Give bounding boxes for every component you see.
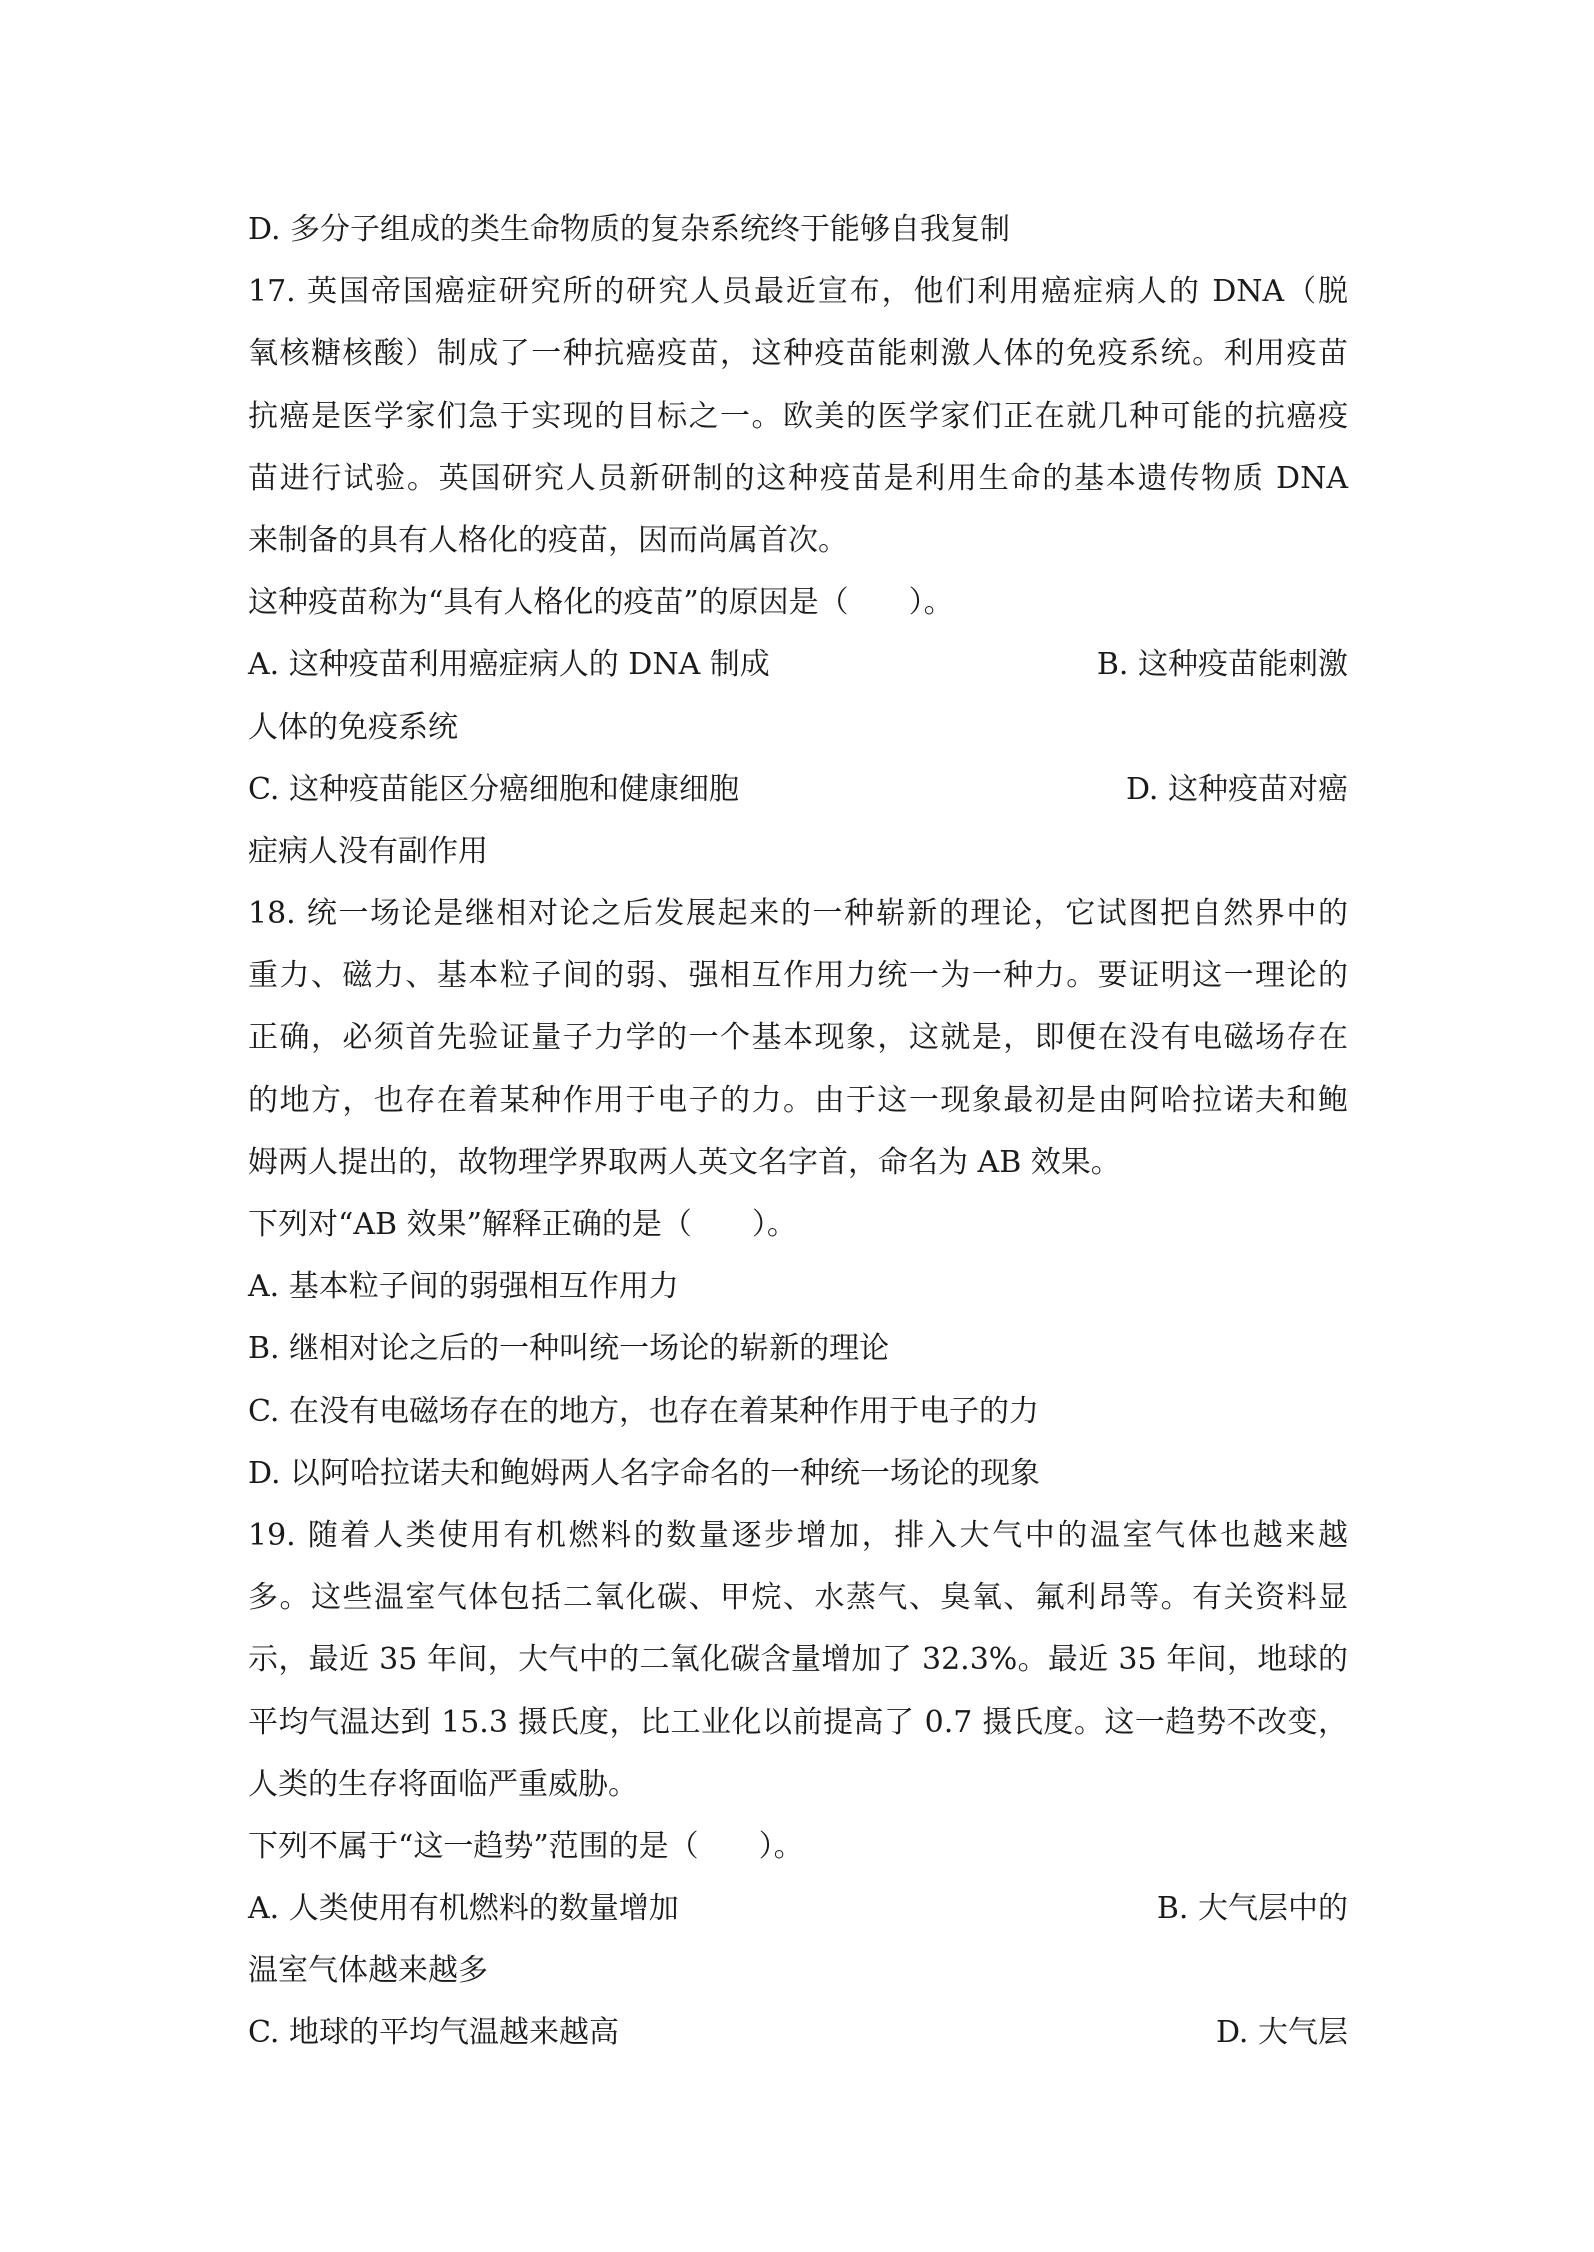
passage-line: 正确，必须首先验证量子力学的一个基本现象，这就是，即便在没有电磁场存在: [248, 1007, 1348, 1069]
passage-line: 19. 随着人类使用有机燃料的数量逐步增加，排入大气中的温室气体也越来越: [248, 1505, 1348, 1567]
q18-option-a: A. 基本粒子间的弱强相互作用力: [248, 1256, 1348, 1318]
passage-line: 多。这些温室气体包括二氧化碳、甲烷、水蒸气、臭氧、氟利昂等。有关资料显: [248, 1567, 1348, 1629]
q17-options-ab: A. 这种疫苗利用癌症病人的 DNA 制成 B. 这种疫苗能刺激: [248, 634, 1348, 696]
q17-option-c: C. 这种疫苗能区分癌细胞和健康细胞: [248, 759, 739, 821]
q19-options-cd: C. 地球的平均气温越来越高 D. 大气层: [248, 2002, 1348, 2064]
passage-line: 平均气温达到 15.3 摄氏度，比工业化以前提高了 0.7 摄氏度。这一趋势不改…: [248, 1692, 1348, 1754]
q17-option-b: B. 这种疫苗能刺激: [1097, 634, 1348, 696]
passage-line: 17. 英国帝国癌症研究所的研究人员最近宣布，他们利用癌症病人的 DNA（脱: [248, 261, 1348, 323]
q17-option-d-continued: 症病人没有副作用: [248, 821, 1348, 883]
q18-option-d: D. 以阿哈拉诺夫和鲍姆两人名字命名的一种统一场论的现象: [248, 1443, 1348, 1505]
passage-line: 姆两人提出的，故物理学界取两人英文名字首，命名为 AB 效果。: [248, 1132, 1348, 1194]
q17-passage: 17. 英国帝国癌症研究所的研究人员最近宣布，他们利用癌症病人的 DNA（脱 氧…: [248, 261, 1348, 572]
q19-option-b-continued: 温室气体越来越多: [248, 1940, 1348, 2002]
q18-option-b: B. 继相对论之后的一种叫统一场论的崭新的理论: [248, 1318, 1348, 1380]
q18-question: 下列对“AB 效果”解释正确的是（ ）。: [248, 1194, 1348, 1256]
q16-option-d: D. 多分子组成的类生命物质的复杂系统终于能够自我复制: [248, 199, 1348, 261]
passage-line: 18. 统一场论是继相对论之后发展起来的一种崭新的理论，它试图把自然界中的: [248, 883, 1348, 945]
q19-option-d: D. 大气层: [1216, 2002, 1348, 2064]
passage-line: 来制备的具有人格化的疫苗，因而尚属首次。: [248, 510, 1348, 572]
q18-passage: 18. 统一场论是继相对论之后发展起来的一种崭新的理论，它试图把自然界中的 重力…: [248, 883, 1348, 1194]
q17-options-cd: C. 这种疫苗能区分癌细胞和健康细胞 D. 这种疫苗对癌: [248, 759, 1348, 821]
q19-options-ab: A. 人类使用有机燃料的数量增加 B. 大气层中的: [248, 1878, 1348, 1940]
passage-line: 氧核糖核酸）制成了一种抗癌疫苗，这种疫苗能刺激人体的免疫系统。利用疫苗: [248, 323, 1348, 385]
passage-line: 示，最近 35 年间，大气中的二氧化碳含量增加了 32.3%。最近 35 年间，…: [248, 1629, 1348, 1691]
q17-option-d: D. 这种疫苗对癌: [1126, 759, 1348, 821]
passage-line: 人类的生存将面临严重威胁。: [248, 1754, 1348, 1816]
q19-option-a: A. 人类使用有机燃料的数量增加: [248, 1878, 679, 1940]
q19-question: 下列不属于“这一趋势”范围的是（ ）。: [248, 1816, 1348, 1878]
passage-line: 苗进行试验。英国研究人员新研制的这种疫苗是利用生命的基本遗传物质 DNA: [248, 448, 1348, 510]
q19-option-b: B. 大气层中的: [1157, 1878, 1348, 1940]
passage-line: 重力、磁力、基本粒子间的弱、强相互作用力统一为一种力。要证明这一理论的: [248, 945, 1348, 1007]
q17-question: 这种疫苗称为“具有人格化的疫苗”的原因是（ ）。: [248, 572, 1348, 634]
q19-passage: 19. 随着人类使用有机燃料的数量逐步增加，排入大气中的温室气体也越来越 多。这…: [248, 1505, 1348, 1816]
q17-option-b-continued: 人体的免疫系统: [248, 697, 1348, 759]
passage-line: 的地方，也存在着某种作用于电子的力。由于这一现象最初是由阿哈拉诺夫和鲍: [248, 1070, 1348, 1132]
q19-option-c: C. 地球的平均气温越来越高: [248, 2002, 619, 2064]
q18-option-c: C. 在没有电磁场存在的地方，也存在着某种作用于电子的力: [248, 1381, 1348, 1443]
passage-line: 抗癌是医学家们急于实现的目标之一。欧美的医学家们正在就几种可能的抗癌疫: [248, 386, 1348, 448]
q17-option-a: A. 这种疫苗利用癌症病人的 DNA 制成: [248, 634, 770, 696]
document-page: D. 多分子组成的类生命物质的复杂系统终于能够自我复制 17. 英国帝国癌症研究…: [248, 199, 1348, 2065]
